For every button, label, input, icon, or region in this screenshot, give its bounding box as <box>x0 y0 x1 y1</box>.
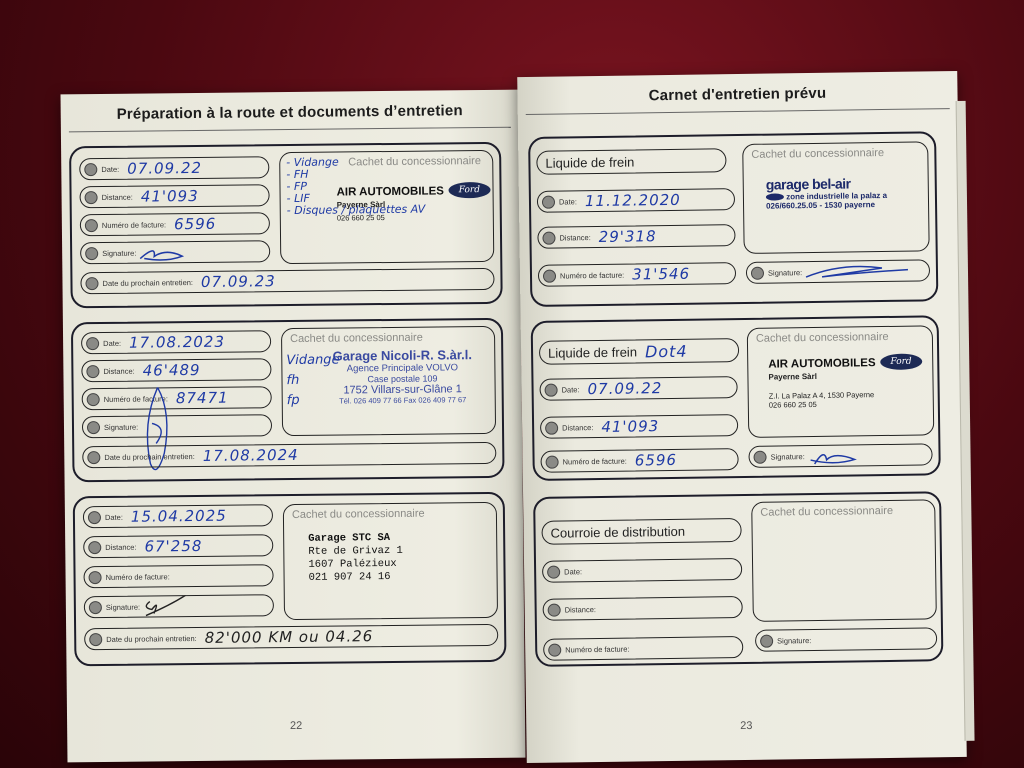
distance-value: 29'318 <box>599 227 657 246</box>
maintenance-entry-3: Date: 15.04.2025 Distance: 67'258 Numéro… <box>73 492 507 667</box>
signature-scribble-icon <box>802 262 912 282</box>
date-field[interactable]: Date: 15.04.2025 <box>83 504 273 528</box>
field-label: Numéro de facture: <box>102 220 166 230</box>
page-edge <box>956 101 975 741</box>
field-label: Date du prochain entretien: <box>102 278 193 288</box>
dealer-phone: 026/660.25.05 - 1530 payerne <box>766 200 887 211</box>
signature-scribble-icon <box>805 445 865 466</box>
date-field[interactable]: Date: 17.08.2023 <box>81 330 271 354</box>
section-label: Liquide de frein <box>545 154 634 170</box>
field-label: Date: <box>562 385 580 394</box>
bullet-icon <box>548 643 561 656</box>
invoice-field[interactable]: Numéro de facture: 31'546 <box>538 262 736 287</box>
bullet-icon <box>85 191 98 204</box>
date-value: 17.08.2023 <box>129 333 225 352</box>
date-field[interactable]: Date: 11.12.2020 <box>537 188 735 213</box>
dealer-stamp: AIR AUTOMOBILES Ford Payerne Sàrl Z.I. L… <box>768 352 923 409</box>
right-page: Carnet d'entretien prévu Liquide de frei… <box>517 71 967 763</box>
dealer-phone: 026 660 25 05 <box>769 398 923 409</box>
page-title: Préparation à la route et documents d’en… <box>61 102 519 124</box>
title-divider <box>69 127 511 133</box>
bullet-icon <box>89 601 102 614</box>
field-label: Distance: <box>559 233 590 242</box>
dealer-stamp-box: Cachet du concessionnaire garage bel-air… <box>742 141 930 254</box>
invoice-field[interactable]: Numéro de facture: 6596 <box>540 448 738 473</box>
bullet-icon <box>542 231 555 244</box>
field-label: Numéro de facture: <box>560 270 624 280</box>
section-note: Dot4 <box>645 341 688 361</box>
dealer-name: AIR AUTOMOBILES <box>768 357 876 370</box>
field-label: Date: <box>101 164 119 173</box>
stamp-title: Cachet du concessionnaire <box>756 330 924 344</box>
field-label: Date: <box>559 197 577 206</box>
bullet-icon <box>85 219 98 232</box>
bullet-icon <box>84 163 97 176</box>
field-label: Date du prochain entretien: <box>106 634 197 644</box>
dealer-phone: 021 907 24 16 <box>309 571 404 585</box>
dealer-stamp: garage bel-air zone industrielle la pala… <box>766 175 888 211</box>
dealer-city: 1607 Palézieux <box>308 558 403 572</box>
field-label: Numéro de facture: <box>565 644 629 654</box>
signature-scribble-icon <box>138 383 179 483</box>
scheduled-entry-2: Liquide de frein Dot4 Date: 07.09.22 Dis… <box>531 315 941 481</box>
field-label: Distance: <box>103 366 134 375</box>
next-service-value: 07.09.23 <box>201 272 276 291</box>
distance-field[interactable]: Distance: 67'258 <box>83 534 273 558</box>
bullet-icon <box>545 421 558 434</box>
next-service-field[interactable]: Date du prochain entretien: 17.08.2024 <box>82 442 496 468</box>
stamp-title: Cachet du concessionnaire <box>292 507 488 521</box>
bullet-icon <box>545 383 558 396</box>
ford-logo-icon: Ford <box>448 182 490 198</box>
page-title: Carnet d'entretien prévu <box>517 83 957 106</box>
distance-field[interactable]: Distance: <box>543 596 743 621</box>
scheduled-entry-3: Courroie de distribution Date: Distance:… <box>533 491 943 667</box>
section-title: Liquide de frein Dot4 <box>539 338 739 365</box>
invoice-field[interactable]: Numéro de facture: <box>543 636 743 661</box>
dealer-name: Garage STC SA <box>308 532 403 546</box>
next-service-value: 82'000 KM ou 04.26 <box>205 627 374 647</box>
maintenance-entry-1: Date: 07.09.22 Distance: 41'093 Numéro d… <box>69 142 503 309</box>
invoice-value: 31'546 <box>632 265 690 284</box>
field-label: Signature: <box>106 602 140 611</box>
title-divider <box>526 108 950 115</box>
distance-value: 41'093 <box>141 187 199 206</box>
bullet-icon <box>88 511 101 524</box>
distance-field[interactable]: Distance: 46'489 <box>81 358 271 382</box>
field-label: Date: <box>103 338 121 347</box>
bullet-icon <box>543 269 556 282</box>
distance-field[interactable]: Distance: 29'318 <box>537 224 735 249</box>
date-value: 11.12.2020 <box>585 191 681 210</box>
bullet-icon <box>85 247 98 260</box>
bullet-icon <box>542 195 555 208</box>
field-label: Distance: <box>565 605 596 614</box>
bullet-icon <box>88 541 101 554</box>
field-label: Signature: <box>768 268 802 277</box>
bullet-icon <box>546 455 559 468</box>
next-service-field[interactable]: Date du prochain entretien: 82'000 KM ou… <box>84 624 498 650</box>
next-service-value: 17.08.2024 <box>203 446 299 465</box>
dealer-stamp: Garage STC SA Rte de Grivaz 1 1607 Paléz… <box>308 532 403 585</box>
field-label: Distance: <box>562 423 593 432</box>
bullet-icon <box>89 571 102 584</box>
stamp-title: Cachet du concessionnaire <box>760 504 926 518</box>
signature-field[interactable]: Signature: <box>748 443 932 468</box>
signature-scribble-icon <box>136 242 186 263</box>
signature-field[interactable]: Signature: <box>80 240 270 264</box>
field-label: Signature: <box>102 248 136 257</box>
signature-field[interactable]: Signature: <box>84 594 274 618</box>
date-field[interactable]: Date: 07.09.22 <box>539 376 737 401</box>
dealer-stamp-box: Cachet du concessionnaire <box>751 499 937 622</box>
field-label: Distance: <box>102 192 133 201</box>
handwritten-notes: Vidange fh fp <box>286 351 340 412</box>
dealer-stamp-box: Cachet du concessionnaire AIR AUTOMOBILE… <box>279 150 494 264</box>
section-label: Liquide de frein <box>548 344 637 360</box>
logo-icon <box>766 194 784 201</box>
signature-field[interactable]: Signature: <box>755 627 937 652</box>
field-label: Numéro de facture: <box>563 456 627 466</box>
bullet-icon <box>85 277 98 290</box>
bullet-icon <box>753 450 766 463</box>
date-value: 07.09.22 <box>587 379 662 398</box>
bullet-icon <box>760 634 773 647</box>
left-page: Préparation à la route et documents d’en… <box>61 90 526 763</box>
field-label: Signature: <box>104 422 138 431</box>
bullet-icon <box>548 603 561 616</box>
dealer-name: garage bel-air <box>766 175 887 193</box>
stamp-title: Cachet du concessionnaire <box>290 331 486 345</box>
invoice-value: 6596 <box>635 451 677 470</box>
bullet-icon <box>86 337 99 350</box>
dealer-stamp-box: Cachet du concessionnaire AIR AUTOMOBILE… <box>747 325 935 438</box>
field-label: Distance: <box>105 542 136 551</box>
bullet-icon <box>86 365 99 378</box>
page-number: 23 <box>526 717 966 735</box>
page-number: 22 <box>67 718 525 735</box>
bullet-icon <box>751 266 764 279</box>
dealer-subname: Payerne Sàrl <box>768 370 922 381</box>
bullet-icon <box>87 421 100 434</box>
bullet-icon <box>547 565 560 578</box>
section-label: Courroie de distribution <box>550 523 685 540</box>
next-service-field[interactable]: Date du prochain entretien: 07.09.23 <box>80 268 494 294</box>
section-title: Liquide de frein <box>536 148 726 175</box>
signature-field[interactable]: Signature: <box>746 259 930 284</box>
invoice-field[interactable]: Numéro de facture: 6596 <box>80 212 270 236</box>
scheduled-entry-1: Liquide de frein Date: 11.12.2020 Distan… <box>528 131 938 307</box>
section-title: Courroie de distribution <box>541 518 741 545</box>
distance-value: 67'258 <box>144 537 202 556</box>
stamp-title: Cachet du concessionnaire <box>751 146 919 160</box>
field-label: Signature: <box>770 452 804 461</box>
service-booklet: Préparation à la route et documents d’en… <box>52 70 972 760</box>
bullet-icon <box>87 451 100 464</box>
date-value: 07.09.22 <box>127 159 202 178</box>
field-label: Signature: <box>777 636 811 645</box>
handwritten-notes: - Vidange - FH - FP - LIF - Disques / pl… <box>286 156 425 217</box>
maintenance-entry-2: Date: 17.08.2023 Distance: 46'489 Numéro… <box>71 318 505 483</box>
field-label: Date: <box>105 512 123 521</box>
dealer-stamp-box: Cachet du concessionnaire Garage Nicoli-… <box>281 326 496 436</box>
ford-logo-icon: Ford <box>880 353 922 370</box>
date-field[interactable]: Date: <box>542 558 742 583</box>
distance-value: 41'093 <box>601 417 659 436</box>
invoice-value: 87471 <box>176 389 229 408</box>
signature-scribble-icon <box>140 595 190 618</box>
date-field[interactable]: Date: 07.09.22 <box>79 156 269 180</box>
field-label: Date du prochain entretien: <box>104 452 195 462</box>
bullet-icon <box>87 393 100 406</box>
distance-field[interactable]: Distance: 41'093 <box>540 414 738 439</box>
field-label: Date: <box>564 567 582 576</box>
invoice-field[interactable]: Numéro de facture: <box>83 564 273 588</box>
invoice-value: 6596 <box>174 215 216 233</box>
distance-value: 46'489 <box>143 361 201 380</box>
dealer-stamp-box: Cachet du concessionnaire Garage STC SA … <box>283 502 498 620</box>
date-value: 15.04.2025 <box>131 507 227 526</box>
bullet-icon <box>89 633 102 646</box>
dealer-street: Rte de Grivaz 1 <box>308 545 403 559</box>
field-label: Numéro de facture: <box>106 572 170 582</box>
distance-field[interactable]: Distance: 41'093 <box>79 184 269 208</box>
